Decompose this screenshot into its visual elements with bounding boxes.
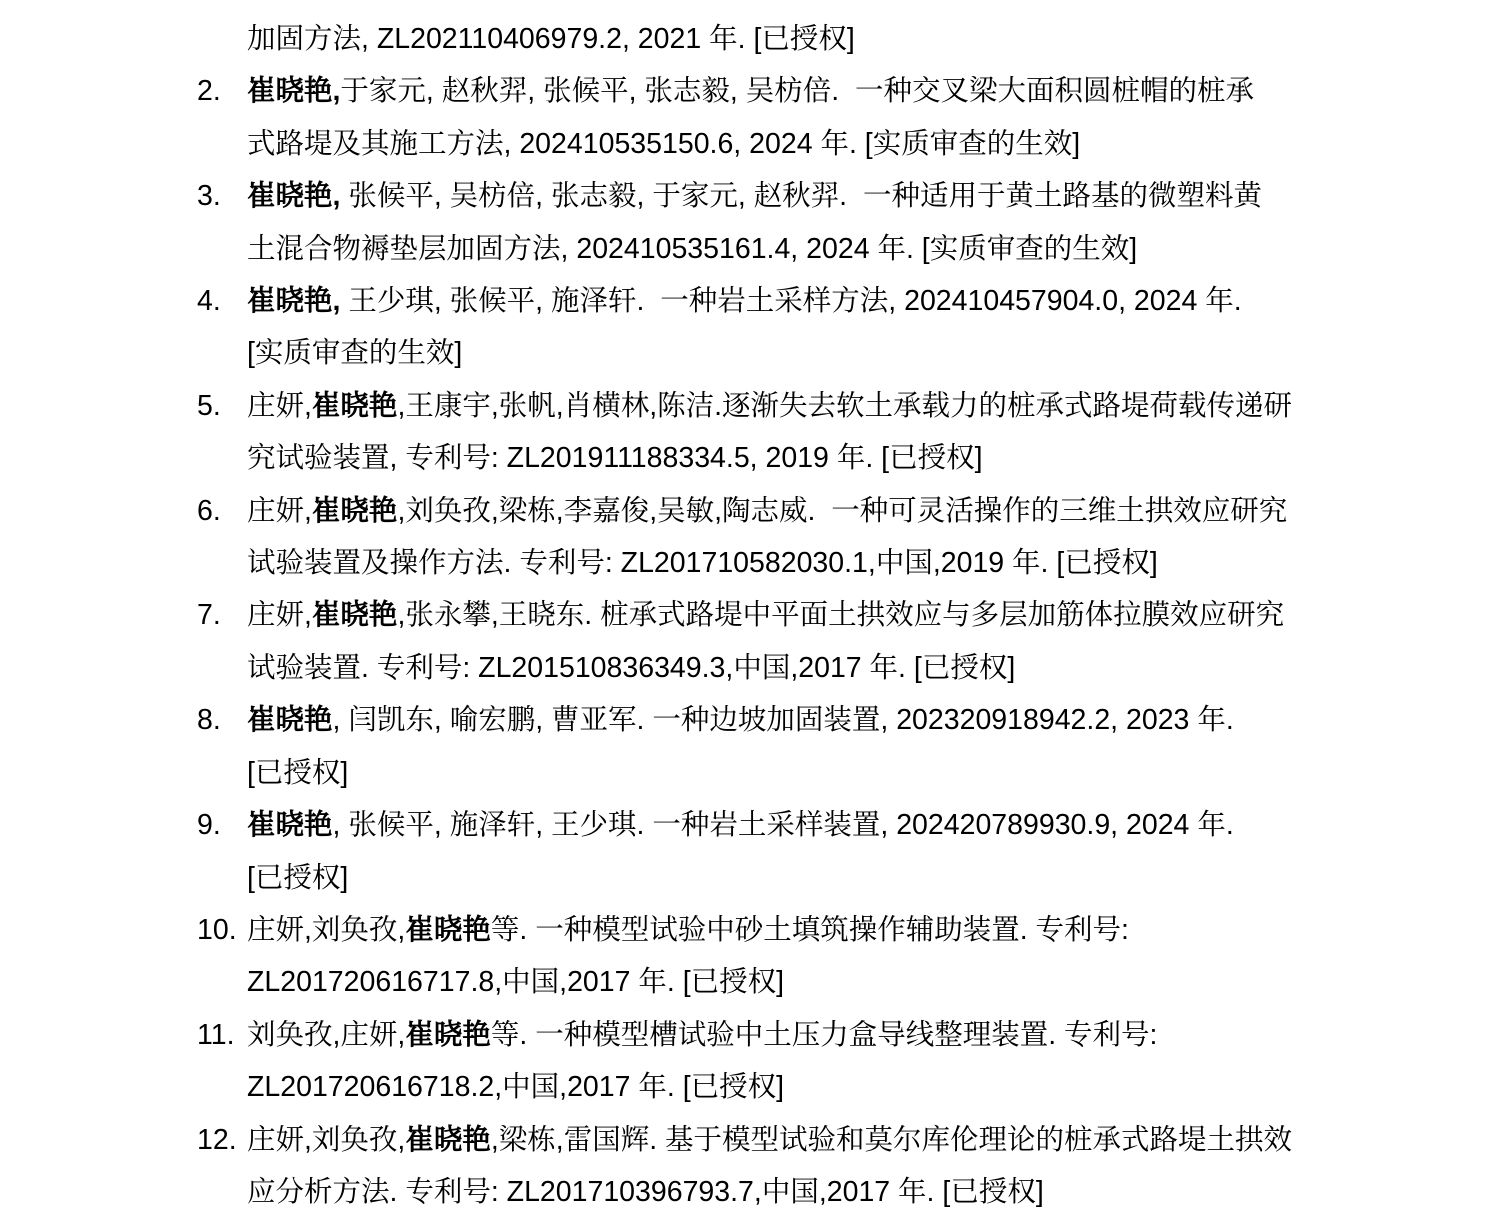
item-number: 7. — [197, 589, 221, 641]
item-text-run: ,刘奂孜,梁栋,李嘉俊,吴敏,陶志威. 一种可灵活操作的三维土拱效应研究 试验装… — [247, 495, 1287, 579]
item-text: 庄妍,崔晓艳,张永攀,王晓东. 桩承式路堤中平面土拱效应与多层加筋体拉膜效应研究… — [247, 599, 1284, 683]
author-name-highlight: 崔晓艳 — [312, 390, 398, 422]
patent-list-item: 7.庄妍,崔晓艳,张永攀,王晓东. 桩承式路堤中平面土拱效应与多层加筋体拉膜效应… — [197, 589, 1493, 694]
patent-list-item: 8.崔晓艳, 闫凯东, 喻宏鹏, 曹亚军. 一种边坡加固装置, 20232091… — [197, 694, 1493, 799]
author-name-highlight: 崔晓艳, — [247, 75, 340, 107]
patent-list-item: 12.庄妍,刘奂孜,崔晓艳,梁栋,雷国辉. 基于模型试验和莫尔库伦理论的桩承式路… — [197, 1114, 1493, 1214]
author-name-highlight: 崔晓艳 — [247, 809, 333, 841]
item-number: 3. — [197, 170, 221, 222]
item-text: 庄妍,崔晓艳,刘奂孜,梁栋,李嘉俊,吴敏,陶志威. 一种可灵活操作的三维土拱效应… — [247, 495, 1287, 579]
item-text: 崔晓艳, 闫凯东, 喻宏鹏, 曹亚军. 一种边坡加固装置, 2023209189… — [247, 704, 1234, 788]
item-text-run: 张候平, 吴枋倍, 张志毅, 于家元, 赵秋羿. 一种适用于黄土路基的微塑料黄 … — [247, 180, 1262, 264]
item-text: 崔晓艳, 张候平, 吴枋倍, 张志毅, 于家元, 赵秋羿. 一种适用于黄土路基的… — [247, 180, 1262, 264]
author-name-highlight: 崔晓艳 — [405, 1124, 491, 1156]
item-text: 刘奂孜,庄妍,崔晓艳等. 一种模型槽试验中土压力盒导线整理装置. 专利号: ZL… — [247, 1019, 1157, 1103]
patent-list: 2.崔晓艳,于家元, 赵秋羿, 张候平, 张志毅, 吴枋倍. 一种交叉梁大面积圆… — [197, 65, 1493, 1214]
item-text-run: 庄妍, — [247, 495, 312, 527]
author-name-highlight: 崔晓艳, — [247, 285, 340, 317]
author-name-highlight: 崔晓艳 — [405, 1019, 491, 1051]
patent-list-item: 2.崔晓艳,于家元, 赵秋羿, 张候平, 张志毅, 吴枋倍. 一种交叉梁大面积圆… — [197, 65, 1493, 170]
item-number: 12. — [197, 1114, 237, 1166]
patent-list-item: 3.崔晓艳, 张候平, 吴枋倍, 张志毅, 于家元, 赵秋羿. 一种适用于黄土路… — [197, 170, 1493, 275]
item-text-run: 庄妍,刘奂孜, — [247, 914, 405, 946]
item-text-run: 庄妍, — [247, 390, 312, 422]
item-text: 崔晓艳,于家元, 赵秋羿, 张候平, 张志毅, 吴枋倍. 一种交叉梁大面积圆桩帽… — [247, 75, 1254, 159]
patent-list-item: 11.刘奂孜,庄妍,崔晓艳等. 一种模型槽试验中土压力盒导线整理装置. 专利号:… — [197, 1009, 1493, 1114]
author-name-highlight: 崔晓艳, — [247, 180, 340, 212]
patent-list-item: 6.庄妍,崔晓艳,刘奂孜,梁栋,李嘉俊,吴敏,陶志威. 一种可灵活操作的三维土拱… — [197, 485, 1493, 590]
patent-list-item: 4.崔晓艳, 王少琪, 张候平, 施泽轩. 一种岩土采样方法, 20241045… — [197, 275, 1493, 380]
patent-list-item: 9.崔晓艳, 张候平, 施泽轩, 王少琪. 一种岩土采样装置, 20242078… — [197, 799, 1493, 904]
item-text-run: ,王康宇,张帆,肖横林,陈洁.逐渐失去软土承载力的桩承式路堤荷载传递研 究试验装… — [247, 390, 1292, 474]
item-number: 11. — [197, 1009, 235, 1061]
item-text: 崔晓艳, 王少琪, 张候平, 施泽轩. 一种岩土采样方法, 2024104579… — [247, 285, 1242, 369]
item-number: 6. — [197, 485, 221, 537]
author-name-highlight: 崔晓艳 — [405, 914, 491, 946]
item-text-run: 庄妍,刘奂孜, — [247, 1124, 405, 1156]
item-number: 8. — [197, 694, 221, 746]
patent-item-continuation: 加固方法, ZL202110406979.2, 2021 年. [已授权] — [197, 13, 1493, 65]
item-text: 庄妍,刘奂孜,崔晓艳,梁栋,雷国辉. 基于模型试验和莫尔库伦理论的桩承式路堤土拱… — [247, 1124, 1292, 1208]
item-text-run: , 闫凯东, 喻宏鹏, 曹亚军. 一种边坡加固装置, 202320918942.… — [247, 704, 1234, 788]
item-number: 10. — [197, 904, 237, 956]
item-text-run: ,张永攀,王晓东. 桩承式路堤中平面土拱效应与多层加筋体拉膜效应研究 试验装置.… — [247, 599, 1284, 683]
item-text-run: 于家元, 赵秋羿, 张候平, 张志毅, 吴枋倍. 一种交叉梁大面积圆桩帽的桩承 … — [247, 75, 1254, 159]
item-number: 4. — [197, 275, 221, 327]
item-number: 2. — [197, 65, 221, 117]
patent-list-item: 10.庄妍,刘奂孜,崔晓艳等. 一种模型试验中砂土填筑操作辅助装置. 专利号: … — [197, 904, 1493, 1009]
item-number: 9. — [197, 799, 221, 851]
item-text-run: 庄妍, — [247, 599, 312, 631]
document-page: 加固方法, ZL202110406979.2, 2021 年. [已授权] 2.… — [0, 0, 1493, 1214]
item-text: 庄妍,刘奂孜,崔晓艳等. 一种模型试验中砂土填筑操作辅助装置. 专利号: ZL2… — [247, 914, 1129, 998]
item-text: 庄妍,崔晓艳,王康宇,张帆,肖横林,陈洁.逐渐失去软土承载力的桩承式路堤荷载传递… — [247, 390, 1292, 474]
patent-list-item: 5.庄妍,崔晓艳,王康宇,张帆,肖横林,陈洁.逐渐失去软土承载力的桩承式路堤荷载… — [197, 380, 1493, 485]
author-name-highlight: 崔晓艳 — [247, 704, 333, 736]
author-name-highlight: 崔晓艳 — [312, 599, 398, 631]
item-number: 5. — [197, 380, 221, 432]
item-text: 崔晓艳, 张候平, 施泽轩, 王少琪. 一种岩土采样装置, 2024207899… — [247, 809, 1234, 893]
item-text-run: 王少琪, 张候平, 施泽轩. 一种岩土采样方法, 202410457904.0,… — [247, 285, 1242, 369]
item-text-run: 刘奂孜,庄妍, — [247, 1019, 405, 1051]
author-name-highlight: 崔晓艳 — [312, 495, 398, 527]
item-text-run: , 张候平, 施泽轩, 王少琪. 一种岩土采样装置, 202420789930.… — [247, 809, 1234, 893]
